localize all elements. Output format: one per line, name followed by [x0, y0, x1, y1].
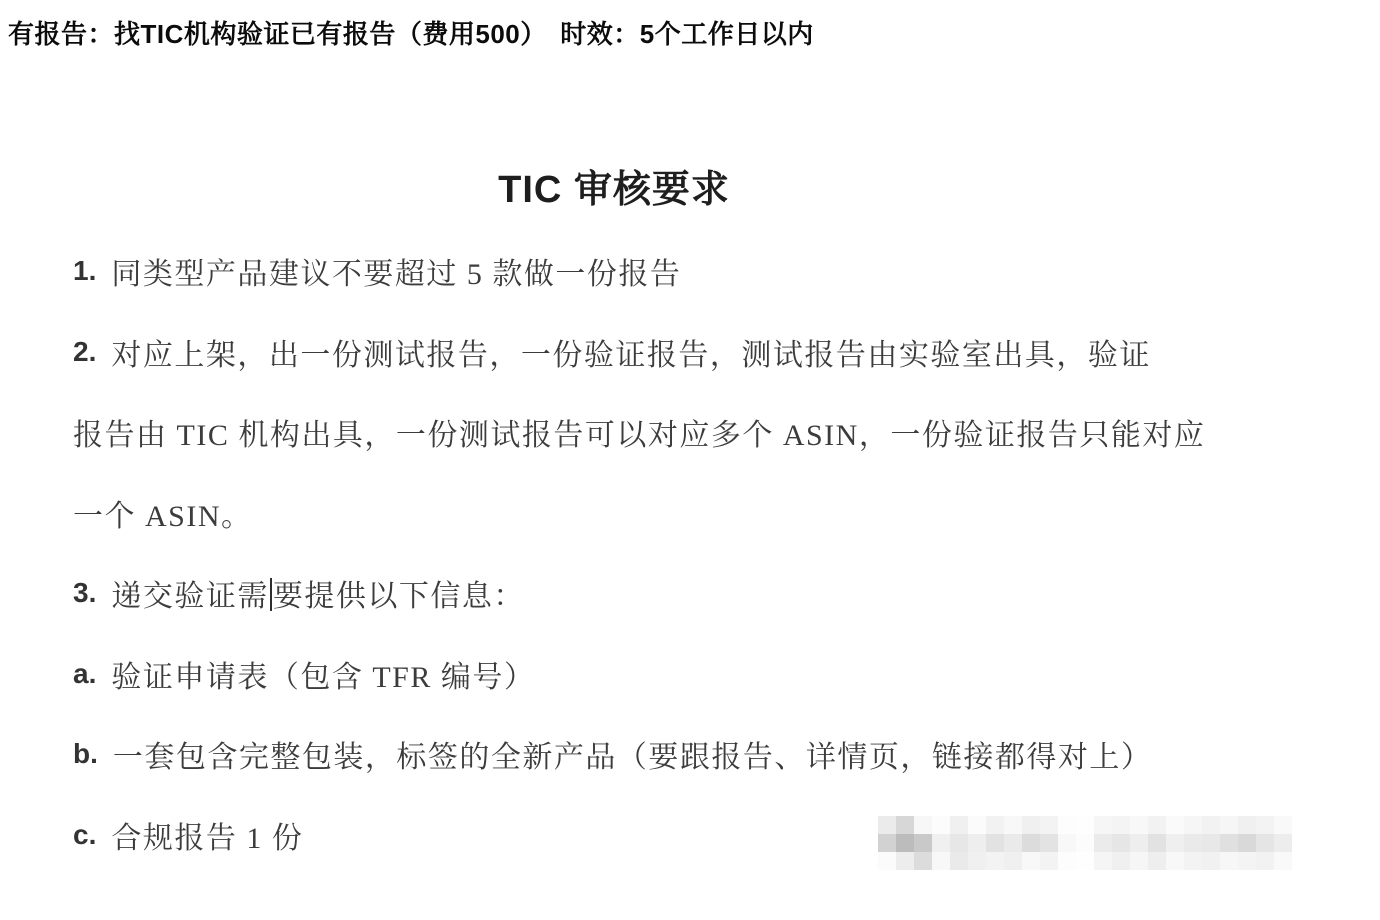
list-item-text: 同类型产品建议不要超过 5 款做一份报告 — [111, 249, 681, 293]
redaction-mosaic — [878, 816, 1292, 870]
list-item-text: 对应上架，出一份测试报告，一份验证报告，测试报告由实验室出具，验证 — [111, 330, 1151, 374]
mosaic-cell — [878, 852, 896, 870]
mosaic-cell — [1076, 834, 1094, 852]
mosaic-cell — [1166, 816, 1184, 834]
list-item-text: 一个 ASIN。 — [73, 491, 253, 535]
list-item-marker: c. — [73, 819, 96, 851]
mosaic-cell — [1004, 816, 1022, 834]
mosaic-cell — [1256, 852, 1274, 870]
mosaic-cell — [1274, 834, 1292, 852]
list-item-text-before-caret: 递交验证需 — [111, 580, 269, 613]
list-item-marker: 1. — [73, 255, 96, 287]
mosaic-cell — [914, 816, 932, 834]
mosaic-cell — [1202, 834, 1220, 852]
mosaic-cell — [950, 834, 968, 852]
document-title: TIC 审核要求 — [73, 165, 1155, 215]
mosaic-cell — [1184, 834, 1202, 852]
mosaic-cell — [914, 852, 932, 870]
mosaic-cell — [1220, 852, 1238, 870]
mosaic-cell — [1166, 834, 1184, 852]
mosaic-cell — [1058, 852, 1076, 870]
mosaic-cell — [932, 834, 950, 852]
mosaic-cell — [1076, 816, 1094, 834]
mosaic-cell — [968, 834, 986, 852]
list-item-2-continuation-1: 报告由 TIC 机构出具，一份测试报告可以对应多个 ASIN，一份验证报告只能对… — [0, 392, 1380, 473]
mosaic-cell — [1112, 834, 1130, 852]
mosaic-cell — [968, 816, 986, 834]
mosaic-cell — [968, 852, 986, 870]
list-item-text: 验证申请表（包含 TFR 编号） — [111, 652, 535, 696]
list-item-text: 递交验证需要提供以下信息： — [111, 571, 525, 615]
mosaic-cell — [1112, 816, 1130, 834]
mosaic-cell — [914, 834, 932, 852]
mosaic-cell — [1040, 834, 1058, 852]
mosaic-cell — [1058, 816, 1076, 834]
mosaic-cell — [1094, 816, 1112, 834]
mosaic-cell — [1076, 852, 1094, 870]
list-item-marker: b. — [73, 738, 98, 770]
mosaic-cell — [950, 816, 968, 834]
mosaic-cell — [986, 834, 1004, 852]
mosaic-cell — [1184, 816, 1202, 834]
mosaic-cell — [1058, 834, 1076, 852]
mosaic-cell — [1256, 816, 1274, 834]
mosaic-cell — [1238, 852, 1256, 870]
mosaic-cell — [986, 816, 1004, 834]
list-item-3: 3. 递交验证需要提供以下信息： — [0, 553, 1380, 634]
mosaic-cell — [1148, 816, 1166, 834]
mosaic-cell — [1166, 852, 1184, 870]
mosaic-cell — [1202, 816, 1220, 834]
mosaic-cell — [1148, 834, 1166, 852]
list-item-text-after-caret: 要提供以下信息： — [273, 580, 525, 613]
list-item-text: 合规报告 1 份 — [111, 813, 303, 857]
mosaic-cell — [932, 816, 950, 834]
mosaic-cell — [1274, 816, 1292, 834]
list-item-marker: 2. — [73, 336, 96, 368]
mosaic-cell — [1040, 852, 1058, 870]
mosaic-cell — [878, 834, 896, 852]
list-item-marker: 3. — [73, 577, 96, 609]
mosaic-cell — [1238, 834, 1256, 852]
list-item-b: b. 一套包含完整包装，标签的全新产品（要跟报告、详情页，链接都得对上） — [0, 714, 1380, 795]
list-item-text: 报告由 TIC 机构出具，一份测试报告可以对应多个 ASIN，一份验证报告只能对… — [73, 410, 1205, 454]
mosaic-cell — [1022, 816, 1040, 834]
header-note: 有报告：找TIC机构验证已有报告（费用500） 时效：5个工作日以内 — [8, 14, 814, 54]
mosaic-cell — [1148, 852, 1166, 870]
mosaic-cell — [932, 852, 950, 870]
mosaic-cell — [1004, 852, 1022, 870]
mosaic-cell — [1022, 852, 1040, 870]
document-body: 1. 同类型产品建议不要超过 5 款做一份报告 2. 对应上架，出一份测试报告，… — [0, 231, 1380, 875]
mosaic-cell — [878, 816, 896, 834]
mosaic-cell — [1022, 834, 1040, 852]
list-item-a: a. 验证申请表（包含 TFR 编号） — [0, 634, 1380, 715]
mosaic-cell — [1004, 834, 1022, 852]
mosaic-cell — [1256, 834, 1274, 852]
mosaic-cell — [1112, 852, 1130, 870]
document-page[interactable]: 有报告：找TIC机构验证已有报告（费用500） 时效：5个工作日以内 TIC 审… — [0, 0, 1380, 920]
mosaic-cell — [1220, 834, 1238, 852]
mosaic-cell — [1220, 816, 1238, 834]
list-item-1: 1. 同类型产品建议不要超过 5 款做一份报告 — [0, 231, 1380, 312]
mosaic-cell — [1184, 852, 1202, 870]
mosaic-cell — [896, 816, 914, 834]
mosaic-cell — [896, 834, 914, 852]
mosaic-cell — [1202, 852, 1220, 870]
list-item-marker: a. — [73, 658, 96, 690]
mosaic-cell — [1274, 852, 1292, 870]
mosaic-cell — [1130, 834, 1148, 852]
list-item-2-continuation-2: 一个 ASIN。 — [0, 473, 1380, 554]
list-item-2: 2. 对应上架，出一份测试报告，一份验证报告，测试报告由实验室出具，验证 — [0, 312, 1380, 393]
text-cursor — [270, 578, 272, 611]
mosaic-cell — [986, 852, 1004, 870]
mosaic-cell — [1130, 816, 1148, 834]
mosaic-cell — [1238, 816, 1256, 834]
mosaic-cell — [1040, 816, 1058, 834]
mosaic-cell — [896, 852, 914, 870]
mosaic-cell — [1094, 834, 1112, 852]
mosaic-cell — [1094, 852, 1112, 870]
mosaic-cell — [950, 852, 968, 870]
mosaic-cell — [1130, 852, 1148, 870]
list-item-text: 一套包含完整包装，标签的全新产品（要跟报告、详情页，链接都得对上） — [113, 732, 1153, 776]
